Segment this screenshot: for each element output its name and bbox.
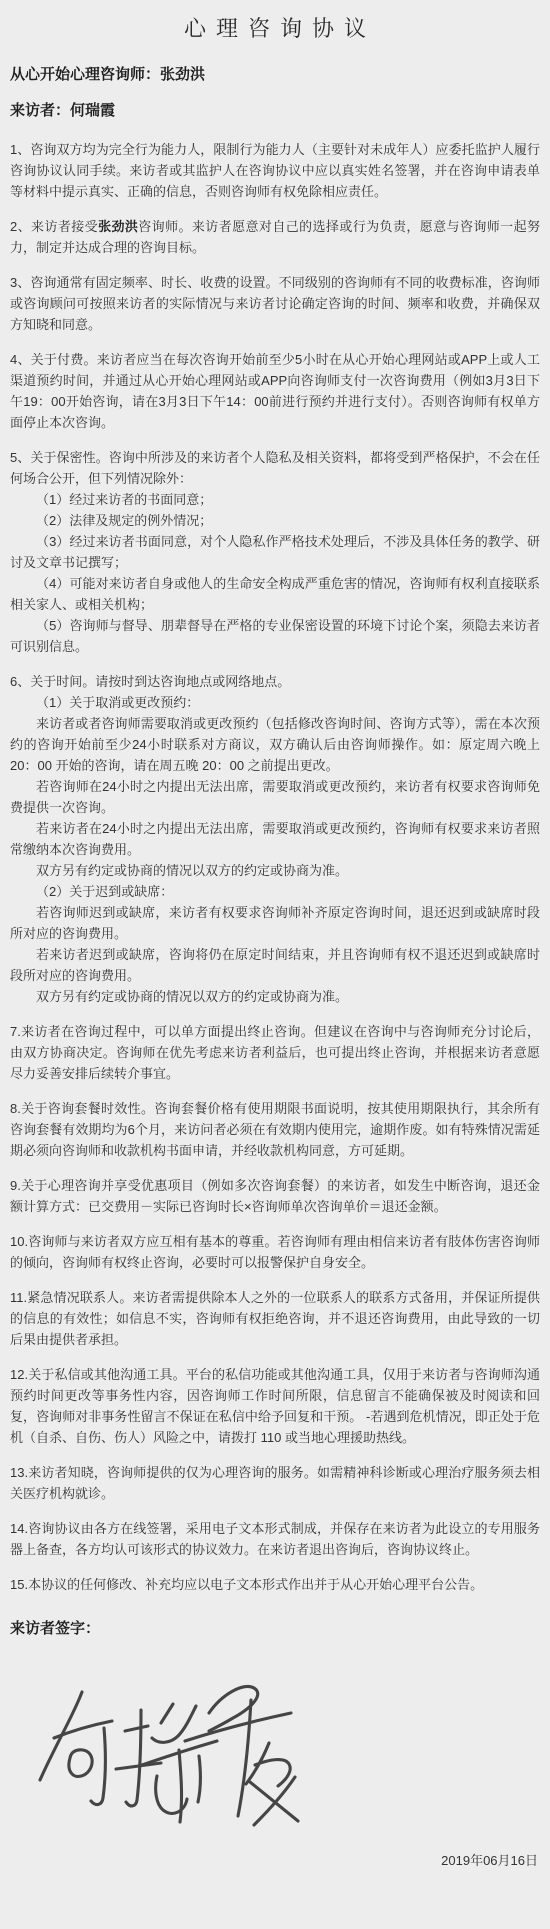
page-title: 心理咨询协议 <box>10 12 540 43</box>
counselor-name-line: 从心开始心理咨询师：张劲洪 <box>10 63 540 84</box>
signature-image <box>32 1680 302 1836</box>
terms-paragraph-5: 5、关于保密性。咨询中所涉及的来访者个人隐私及相关资料，都将受到严格保护，不会在… <box>10 447 540 489</box>
terms-6-item-1-rule-4: 双方另有约定或协商的情况以双方的约定或协商为准。 <box>10 860 540 881</box>
terms-paragraph-4: 4、关于付费。来访者应当在每次咨询开始前至少5小时在从心开始心理网站或APP上或… <box>10 349 540 433</box>
signature-label: 来访者签字： <box>10 1617 540 1638</box>
terms-6-item-1-rule-3: 若来访者在24小时之内提出无法出席，需要取消或更改预约，咨询师有权要求来访者照常… <box>10 818 540 860</box>
terms-6-item-1-heading: （1）关于取消或更改预约： <box>10 692 540 713</box>
terms-5-item-4: （4）可能对来访者自身或他人的生命安全构成严重危害的情况，咨询师有权利直接联系相… <box>10 573 540 615</box>
signature-handwriting-icon <box>32 1680 302 1836</box>
terms-5-item-3: （3）经过来访者书面同意，对个人隐私作严格技术处理后，不涉及具体任务的教学、研讨… <box>10 531 540 573</box>
terms-6-item-1-rule-1: 来访者或者咨询师需要取消或更改预约（包括修改咨询时间、咨询方式等），需在本次预约… <box>10 713 540 776</box>
agreement-document: 心理咨询协议 从心开始心理咨询师：张劲洪 来访者：何瑞霞 1、咨询双方均为完全行… <box>0 0 550 1929</box>
terms-paragraph-1: 1、咨询双方均为完全行为能力人，限制行为能力人（主要针对未成年人）应委托监护人履… <box>10 139 540 202</box>
terms-5-item-1: （1）经过来访者的书面同意； <box>10 489 540 510</box>
terms-paragraph-14: 14.咨询协议由各方在线签署，采用电子文本形式制成，并保存在来访者为此设立的专用… <box>10 1518 540 1560</box>
terms-6-item-2-rule-3: 双方另有约定或协商的情况以双方的约定或协商为准。 <box>10 986 540 1007</box>
terms-paragraph-11: 11.紧急情况联系人。来访者需提供除本人之外的一位联系人的联系方式备用，并保证所… <box>10 1287 540 1350</box>
terms-paragraph-12: 12.关于私信或其他沟通工具。平台的私信功能或其他沟通工具，仅用于来访者与咨询师… <box>10 1364 540 1448</box>
client-name-line: 来访者：何瑞霞 <box>10 99 540 120</box>
terms-paragraph-3: 3、咨询通常有固定频率、时长、收费的设置。不同级别的咨询师有不同的收费标准，咨询… <box>10 272 540 335</box>
terms-6-item-1-rule-2: 若咨询师在24小时之内提出无法出席，需要取消或更改预约，来访者有权要求咨询师免费… <box>10 776 540 818</box>
terms-paragraph-7: 7.来访者在咨询过程中，可以单方面提出终止咨询。但建议在咨询中与咨询师充分讨论后… <box>10 1021 540 1084</box>
terms-6-item-2-heading: （2）关于迟到或缺席： <box>10 881 540 902</box>
terms-paragraph-6: 6、关于时间。请按时到达咨询地点或网络地点。 <box>10 671 540 692</box>
terms-5-item-5: （5）咨询师与督导、朋辈督导在严格的专业保密设置的环境下讨论个案，须隐去来访者可… <box>10 615 540 657</box>
terms-paragraph-8: 8.关于咨询套餐时效性。咨询套餐价格有使用期限书面说明，按其使用期限执行，其余所… <box>10 1098 540 1161</box>
terms-paragraph-15: 15.本协议的任何修改、补充均应以电子文本形式作出并于从心开始心理平台公告。 <box>10 1574 540 1595</box>
paragraph-text: 2、来访者接受 <box>10 219 98 234</box>
terms-paragraph-2: 2、来访者接受张劲洪咨询师。来访者愿意对自己的选择或行为负责，愿意与咨询师一起努… <box>10 216 540 258</box>
terms-paragraph-13: 13.来访者知晓，咨询师提供的仅为心理咨询的服务。如需精神科诊断或心理治疗服务须… <box>10 1462 540 1504</box>
counselor-name-emphasis: 张劲洪 <box>98 219 138 234</box>
terms-6-item-2-rule-2: 若来访者迟到或缺席，咨询将仍在原定时间结束，并且咨询师有权不退还迟到或缺席时段所… <box>10 944 540 986</box>
signature-date: 2019年06月16日 <box>10 1850 538 1869</box>
terms-paragraph-9: 9.关于心理咨询并享受优惠项目（例如多次咨询套餐）的来访者，如发生中断咨询，退还… <box>10 1175 540 1217</box>
terms-6-item-2-rule-1: 若咨询师迟到或缺席，来访者有权要求咨询师补齐原定咨询时间，退还迟到或缺席时段所对… <box>10 902 540 944</box>
terms-5-item-2: （2）法律及规定的例外情况； <box>10 510 540 531</box>
terms-paragraph-10: 10.咨询师与来访者双方应互相有基本的尊重。若咨询师有理由相信来访者有肢体伤害咨… <box>10 1231 540 1273</box>
